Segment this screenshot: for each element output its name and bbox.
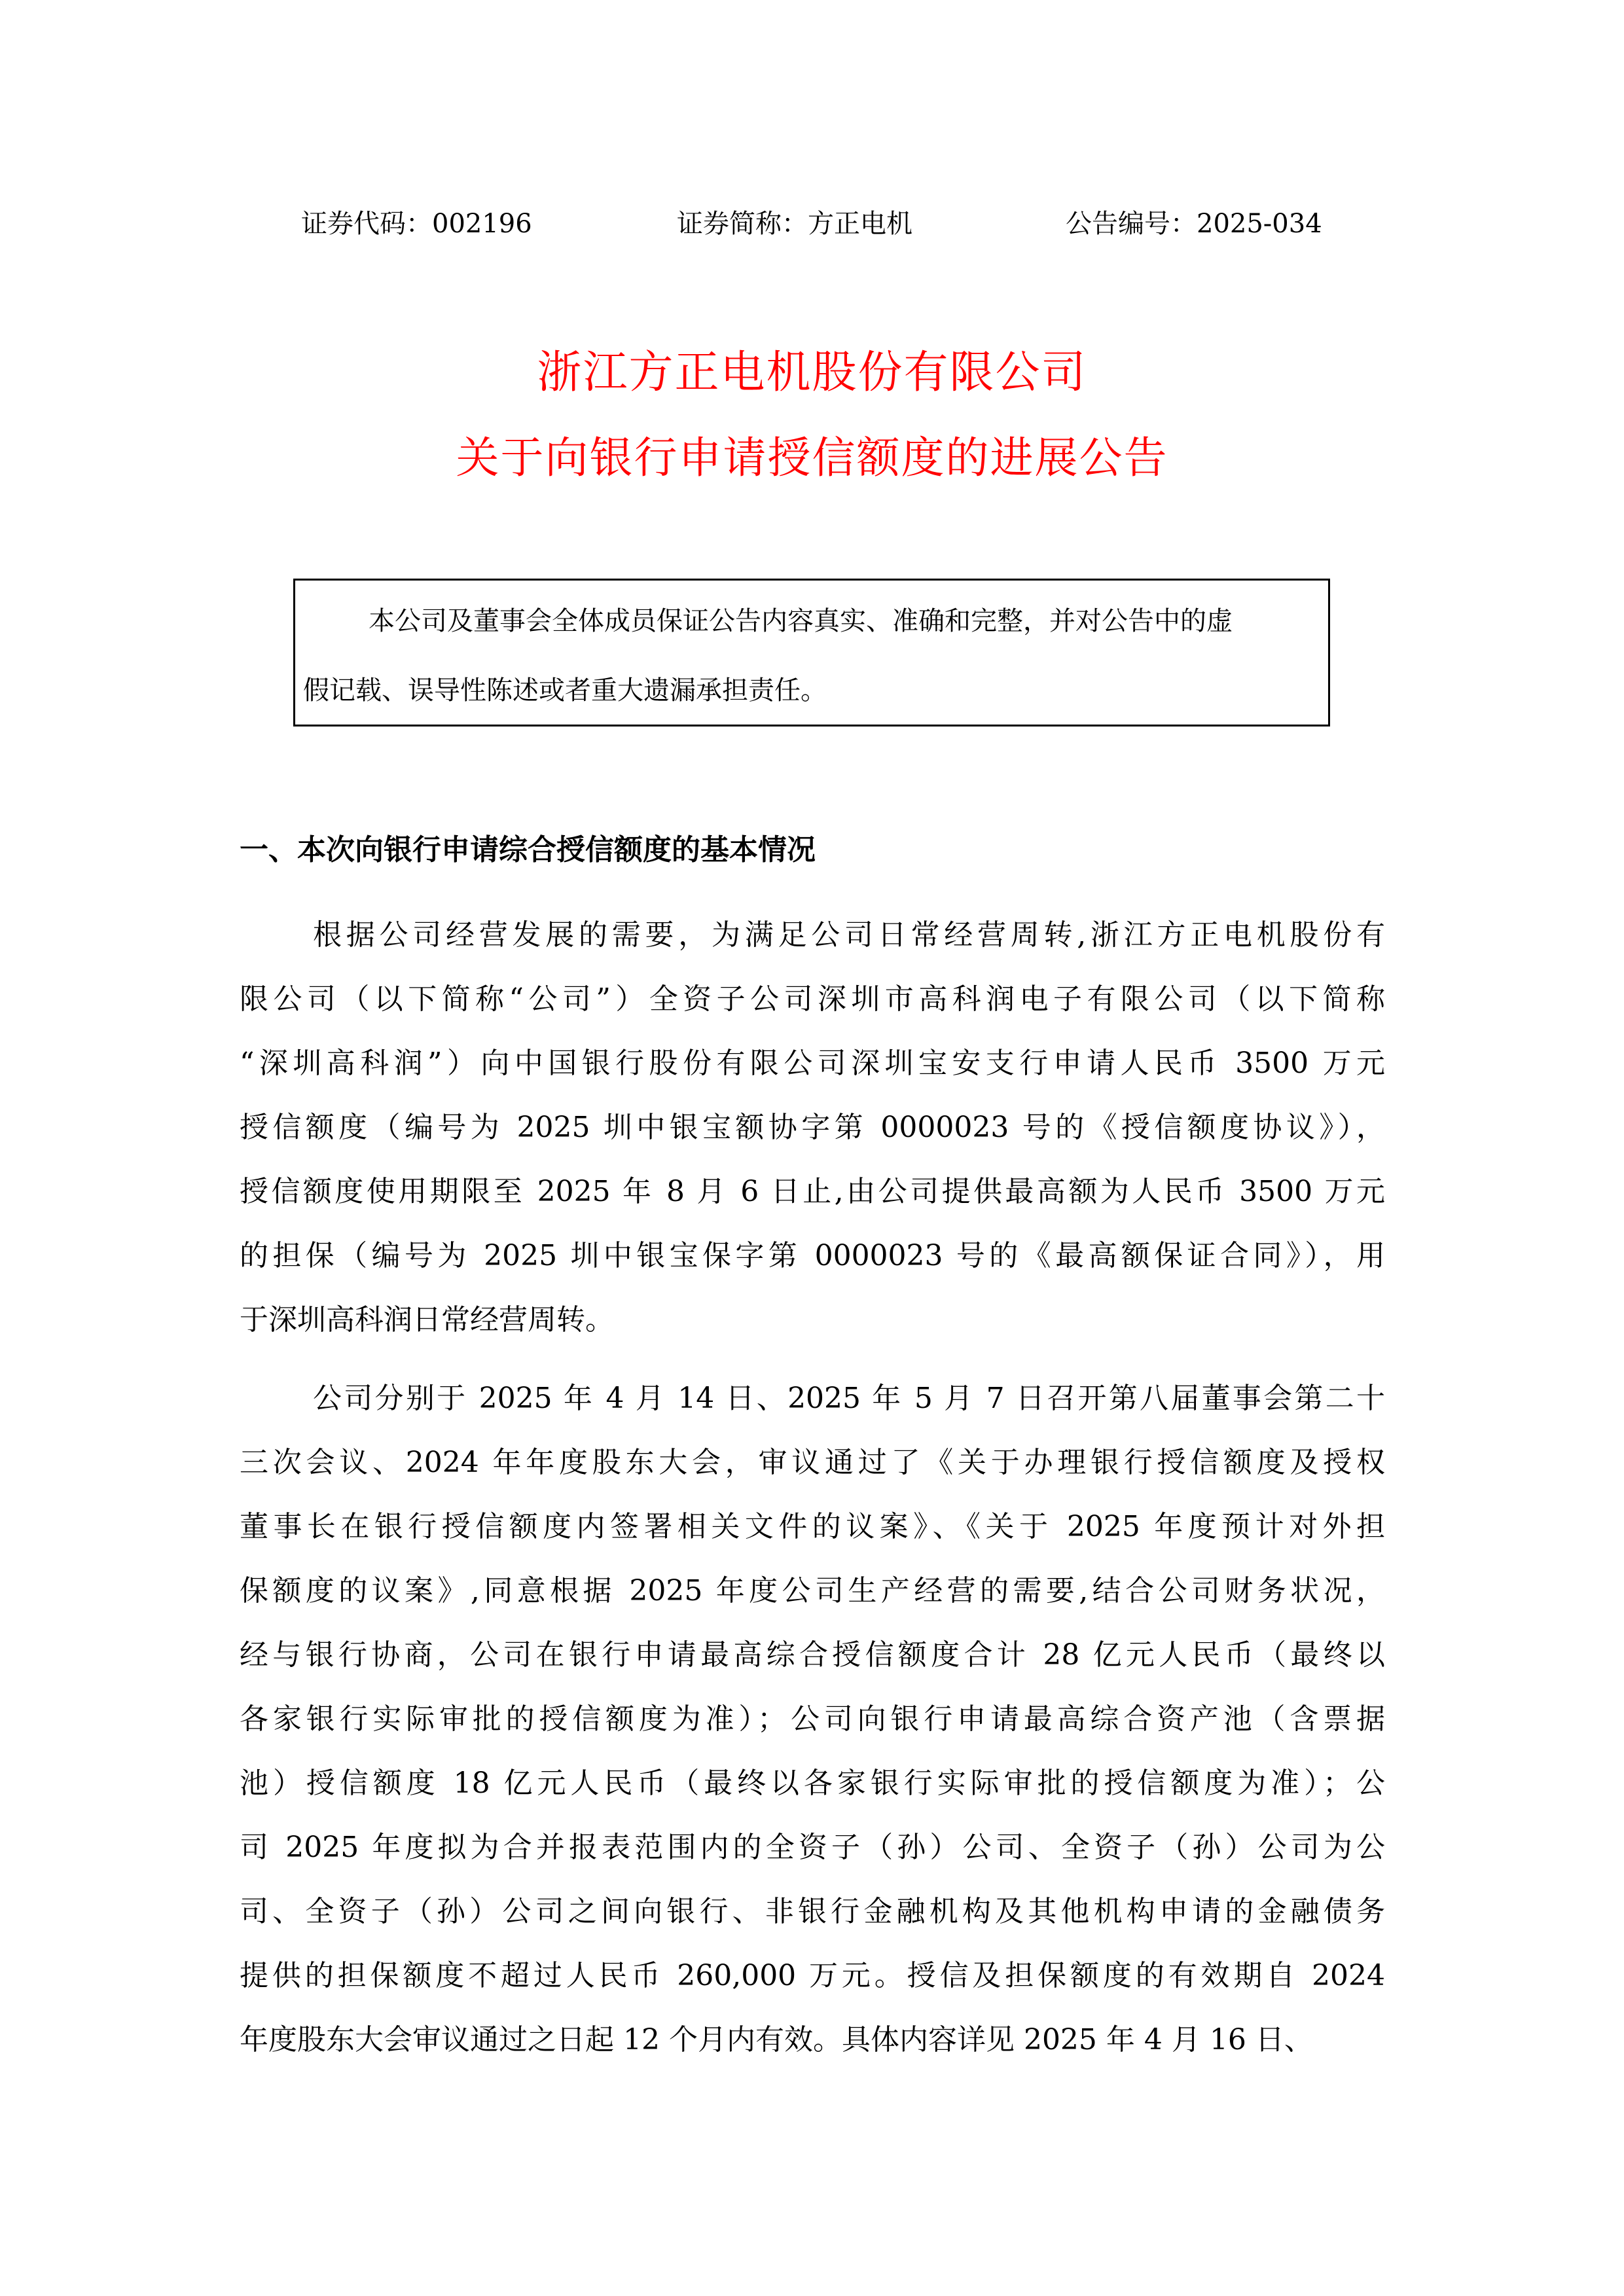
paragraph-line: 授信额度（编号为 2025 圳中银宝额协字第 0000023 号的《授信额度协议… xyxy=(240,1103,1385,1145)
paragraph-line: 限公司（以下简称“公司”）全资子公司深圳市高科润电子有限公司（以下简称 xyxy=(240,975,1385,1017)
section-heading: 一、本次向银行申请综合授信额度的基本情况 xyxy=(240,826,816,868)
paragraph-line: 司、全资子（孙）公司之间向银行、非银行金融机构及其他机构申请的金融债务 xyxy=(240,1888,1385,1929)
announcement-title: 关于向银行申请授信额度的进展公告 xyxy=(0,423,1624,485)
paragraph-line: 授信额度使用期限至 2025 年 8 月 6 日止,由公司提供最高额为人民币 3… xyxy=(240,1168,1385,1210)
paragraph-line: 池）授信额度 18 亿元人民币（最终以各家银行实际审批的授信额度为准）；公 xyxy=(240,1759,1385,1801)
paragraph-line: 的担保（编号为 2025 圳中银宝保字第 0000023 号的《最高额保证合同》… xyxy=(240,1232,1385,1274)
paragraph-line: 年度股东大会审议通过之日起 12 个月内有效。具体内容详见 2025 年 4 月… xyxy=(240,2016,1385,2058)
declaration-line-1: 本公司及董事会全体成员保证公告内容真实、准确和完整，并对公告中的虚 xyxy=(369,600,1322,637)
stock-abbreviation: 证券简称：方正电机 xyxy=(677,203,912,240)
paragraph-line: 各家银行实际审批的授信额度为准）；公司向银行申请最高综合资产池（含票据 xyxy=(240,1695,1385,1737)
paragraph-line: 董事长在银行授信额度内签署相关文件的议案》、《关于 2025 年度预计对外担 xyxy=(240,1503,1385,1545)
paragraph-line: 根据公司经营发展的需要，为满足公司日常经营周转,浙江方正电机股份有 xyxy=(313,911,1385,953)
announcement-number: 公告编号：2025-034 xyxy=(1066,203,1322,240)
paragraph-line: 保额度的议案》,同意根据 2025 年度公司生产经营的需要,结合公司财务状况， xyxy=(240,1567,1385,1609)
paragraph-line: 三次会议、2024 年年度股东大会，审议通过了《关于办理银行授信额度及授权 xyxy=(240,1439,1385,1480)
paragraph-line: 提供的担保额度不超过人民币 260,000 万元。授信及担保额度的有效期自 20… xyxy=(240,1952,1385,1994)
declaration-line-2: 假记载、误导性陈述或者重大遗漏承担责任。 xyxy=(303,670,1322,707)
paragraph-line: 司 2025 年度拟为合并报表范围内的全资子（孙）公司、全资子（孙）公司为公 xyxy=(240,1823,1385,1865)
paragraph-line: 于深圳高科润日常经营周转。 xyxy=(240,1296,1385,1338)
paragraph-line: 经与银行协商，公司在银行申请最高综合授信额度合计 28 亿元人民币（最终以 xyxy=(240,1631,1385,1673)
declaration-box: 本公司及董事会全体成员保证公告内容真实、准确和完整，并对公告中的虚 假记载、误导… xyxy=(293,579,1330,726)
company-title: 浙江方正电机股份有限公司 xyxy=(0,337,1624,401)
document-header: 证券代码：002196 证券简称：方正电机 公告编号：2025-034 xyxy=(0,196,1624,242)
paragraph-line: 公司分别于 2025 年 4 月 14 日、2025 年 5 月 7 日召开第八… xyxy=(313,1374,1385,1416)
stock-code: 证券代码：002196 xyxy=(301,203,532,240)
paragraph-line: “深圳高科润”）向中国银行股份有限公司深圳宝安支行申请人民币 3500 万元 xyxy=(240,1039,1385,1081)
